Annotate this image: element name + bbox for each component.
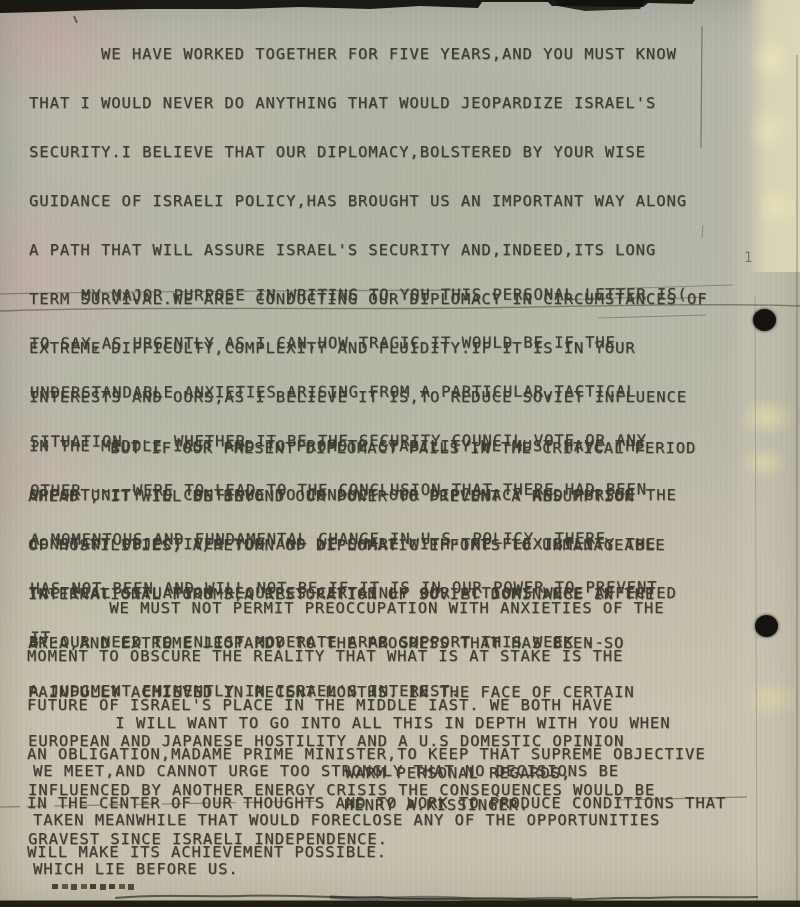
registration-mark	[128, 884, 134, 890]
letter-line: OF HOSTILITIES, A/RETURN OF DIPLOMATIC E…	[28, 537, 696, 553]
scanned-letter-page: WE HAVE WORKED TOGETHER FOR FIVE YEARS,A…	[0, 0, 800, 907]
letter-line: BUT IF OUR PRESENT DIPLOMACY FAILS IN TH…	[28, 440, 696, 456]
letter-line: TO SAY,AS URGENTLY AS I CAN,HOW TRAGIC I…	[30, 335, 688, 353]
closing-line: WARM PERSONAL REGARDS,	[345, 764, 571, 782]
letter-line: I WILL WANT TO GO INTO ALL THIS IN DEPTH…	[33, 715, 670, 731]
registration-mark	[90, 884, 96, 889]
letter-line: GUIDANCE OF ISRAELI POLICY,HAS BROUGHT U…	[29, 193, 708, 209]
registration-marks	[52, 884, 134, 890]
letter-line: WE HAVE WORKED TOGETHER FOR FIVE YEARS,A…	[29, 46, 708, 62]
registration-mark	[119, 884, 125, 889]
letter-line: SECURITY.I BELIEVE THAT OUR DIPLOMACY,BO…	[29, 144, 708, 160]
letter-line: TAKEN MEANWHILE THAT WOULD FORECLOSE ANY…	[33, 812, 670, 828]
letter-line: MY MAJOR PURPOSE IN WRITING TO YOU THIS …	[30, 286, 688, 304]
registration-mark	[81, 884, 87, 889]
registration-mark	[52, 884, 58, 889]
letter-line: WHICH LIE BEFORE US.	[33, 861, 670, 877]
registration-mark	[100, 884, 106, 890]
letter-line: MOMENT TO OBSCURE THE REALITY THAT WHAT …	[27, 648, 726, 664]
letter-line: UNDERSTANDABLE ANXIETIES ARISING FROM A …	[30, 384, 688, 402]
letter-line: THAT I WOULD NEVER DO ANYTHING THAT WOUL…	[29, 95, 708, 111]
registration-mark	[62, 884, 68, 889]
letter-line: WE MUST NOT PERMIT PREOCCUPATION WITH AN…	[27, 600, 726, 616]
paragraph-5: I WILL WANT TO GO INTO ALL THIS IN DEPTH…	[33, 682, 670, 907]
letter-line: AHEAD , IT WILL BE BEYOND OUR POWER TO P…	[28, 488, 696, 504]
registration-mark	[71, 884, 77, 890]
registration-mark	[109, 884, 115, 889]
stray-pen-mark: 1	[744, 250, 753, 266]
signature-line: HENRY A.KISSINGER.	[344, 796, 529, 814]
letter-body: WE HAVE WORKED TOGETHER FOR FIVE YEARS,A…	[0, 0, 800, 907]
